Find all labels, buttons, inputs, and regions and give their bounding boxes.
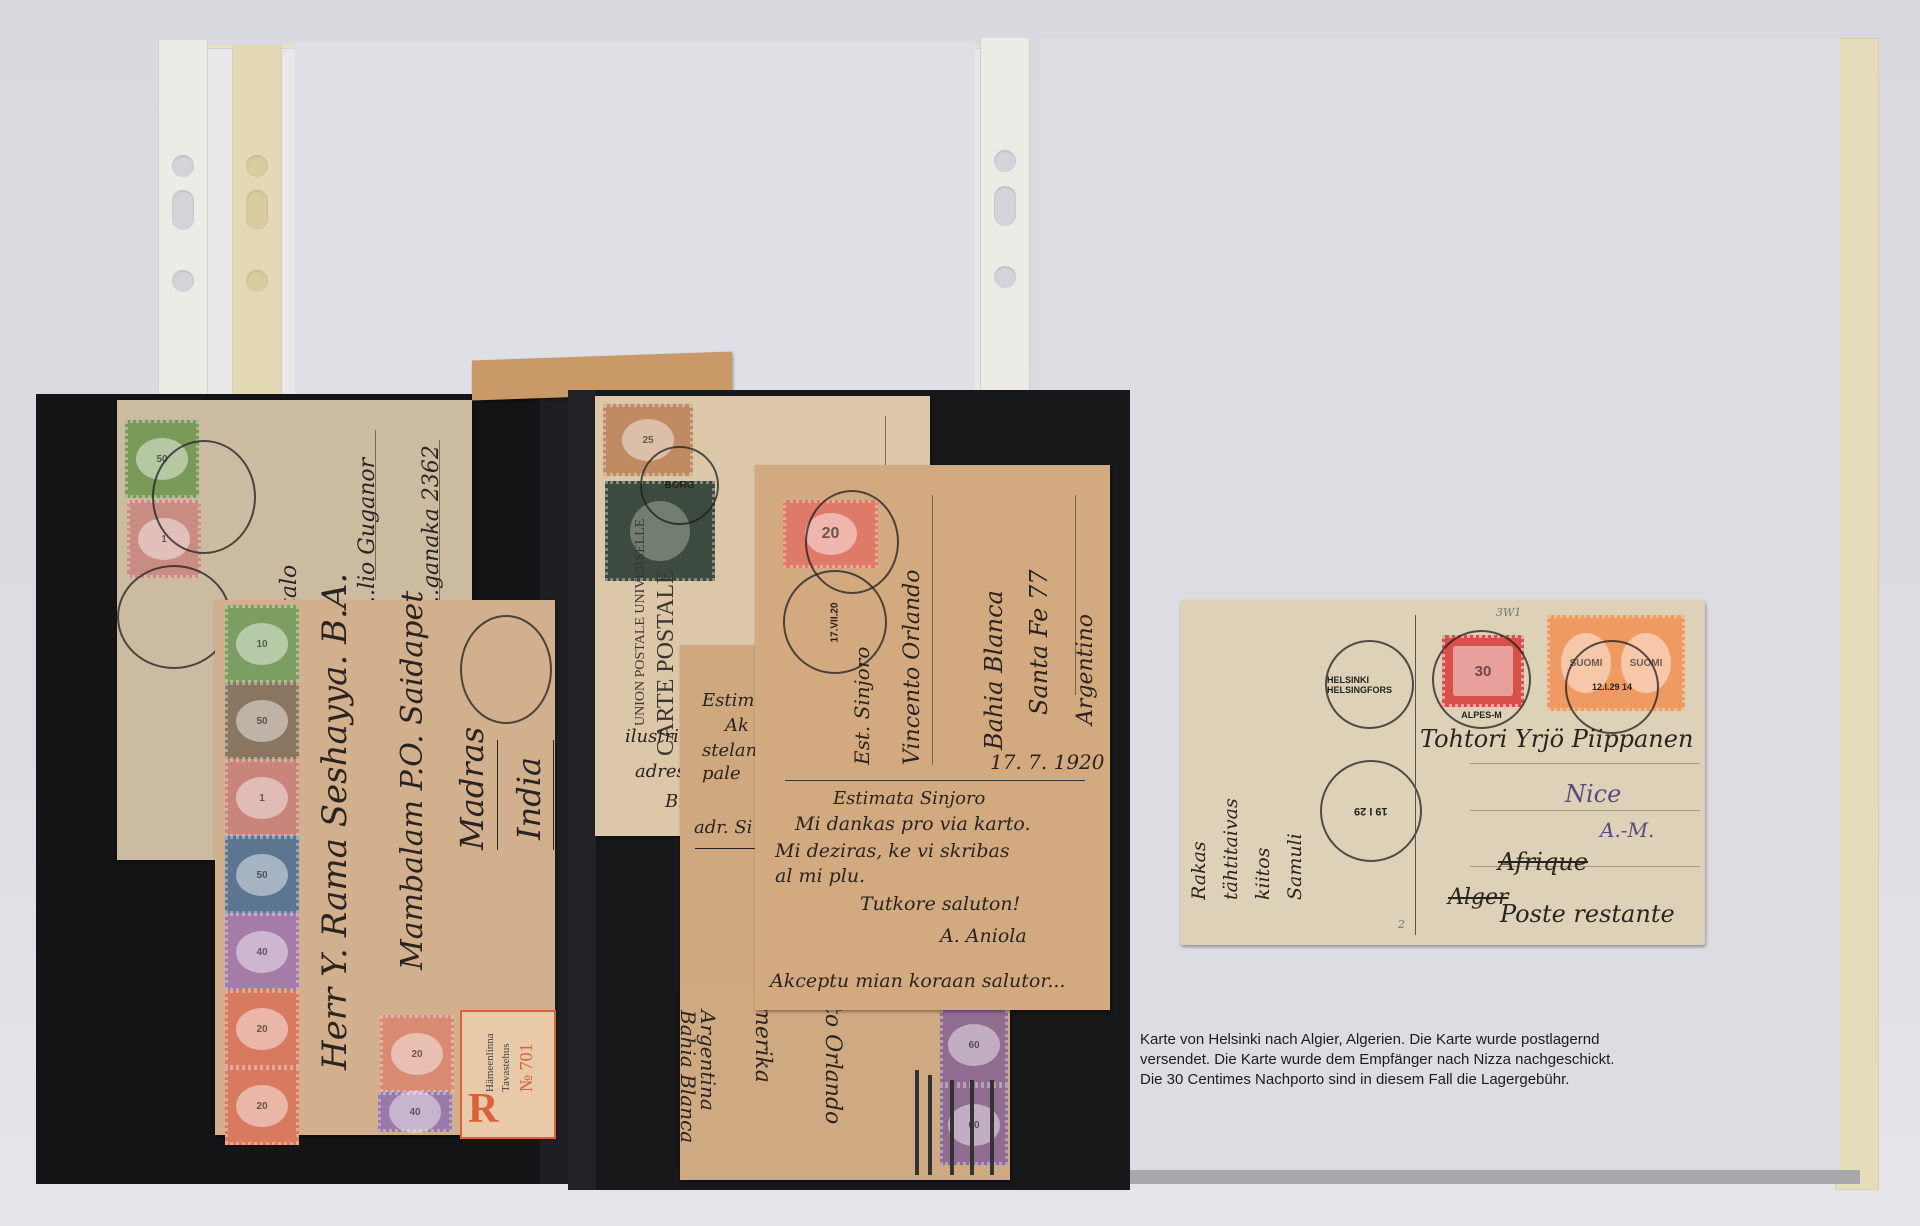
postcard-helsinki-algiers[interactable]: 3W1 30 SUOMI SUOMI HELSINKI HELSINGFORS … [1180, 600, 1705, 945]
machine-cancel [915, 1070, 919, 1175]
divider [1075, 495, 1076, 695]
postmark [152, 440, 256, 554]
stamp: 20 [225, 1067, 299, 1145]
postmark: BORG [640, 446, 719, 525]
helsinki-machine-postmark: 12.I.29 14 [1565, 640, 1659, 734]
punch-hole [246, 270, 268, 292]
stamp: 1 [225, 759, 299, 837]
underline [439, 440, 440, 600]
helsinki-postmark: HELSINKI HELSINGFORS [1325, 640, 1414, 729]
punch-hole [172, 155, 194, 177]
punch-hole [994, 266, 1016, 288]
punch-strip-right [980, 38, 1030, 408]
nice-postmark: ALPES-M [1432, 630, 1531, 729]
underline [497, 740, 498, 850]
underline [553, 740, 554, 850]
punch-hole [994, 186, 1016, 226]
underline [375, 430, 376, 580]
machine-cancel [970, 1080, 974, 1175]
divider [1415, 615, 1416, 935]
pocket-interior [295, 42, 975, 407]
sheet-seam [1040, 1170, 1860, 1184]
stamp: 50 [225, 682, 299, 760]
postcard-esperanto[interactable]: 20 17.VII.20 Est. Sinjoro Vincento Orlan… [755, 465, 1110, 1010]
cream-sheet-edge [1835, 38, 1879, 1190]
punch-strip-left [158, 40, 208, 410]
caption-line: Karte von Helsinki nach Algier, Algerien… [1140, 1030, 1840, 1050]
caption-line: versendet. Die Karte wurde dem Empfänger… [1140, 1050, 1840, 1070]
stamp: 60 [940, 1005, 1008, 1085]
stamp: 20 [380, 1015, 454, 1093]
address-line [1470, 810, 1700, 811]
punch-strip-cream [232, 45, 282, 410]
machine-cancel [950, 1080, 954, 1175]
stamp: 50 [225, 836, 299, 914]
stamp: 40 [378, 1092, 452, 1132]
punch-hole [994, 150, 1016, 172]
stamp: 40 [225, 913, 299, 991]
punch-hole [172, 190, 194, 230]
alger-postmark: 19 I 29 [1320, 760, 1422, 862]
postmark [117, 565, 231, 669]
punch-hole [172, 270, 194, 292]
caption-line: Die 30 Centimes Nachporto sind in diesem… [1140, 1070, 1840, 1090]
machine-cancel [990, 1080, 994, 1175]
postmark [460, 615, 552, 724]
registration-label: Hämeenlinna Tavastehus № 701 R [460, 1010, 556, 1139]
divider [785, 780, 1085, 781]
stamp: 10 [225, 605, 299, 683]
punch-hole [246, 190, 268, 230]
address-line [1470, 763, 1700, 764]
machine-cancel [928, 1075, 932, 1175]
stamp: 20 [225, 990, 299, 1068]
exhibit-caption: Karte von Helsinki nach Algier, Algerien… [1140, 1030, 1840, 1090]
postcard-argentina[interactable]: Argentina Bahia Blanca merika to Orlando… [680, 990, 1010, 1180]
address-line [1470, 866, 1700, 867]
divider [932, 495, 933, 765]
punch-hole [246, 155, 268, 177]
